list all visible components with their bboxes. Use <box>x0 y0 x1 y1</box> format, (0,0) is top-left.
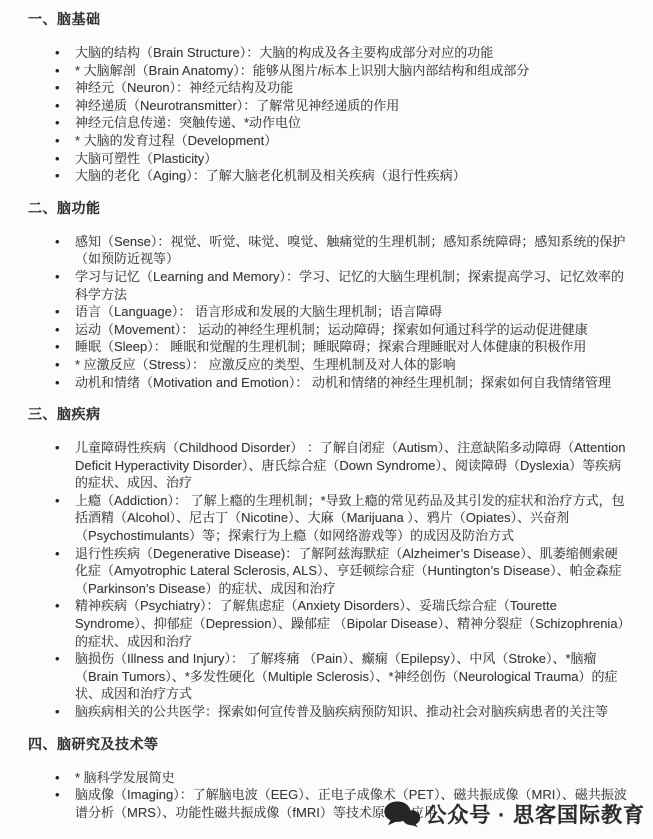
list-item: 学习与记忆（Learning and Memory）：学习、记忆的大脑生理机制；… <box>75 268 627 303</box>
document-page: 一、脑基础 大脑的结构（Brain Structure）：大脑的构成及各主要构成… <box>0 0 653 821</box>
list-item: 大脑可塑性（Plasticity） <box>75 150 627 168</box>
list-item: 睡眠（Sleep）： 睡眠和觉醒的生理机制；睡眠障碍；探索合理睡眠对人体健康的积… <box>75 338 627 356</box>
watermark: 公众号 · 思客国际教育 <box>383 799 645 829</box>
list-item: 神经递质（Neurotransmitter）：了解常见神经递质的作用 <box>75 97 627 115</box>
section-heading: 二、脑功能 <box>28 199 627 217</box>
section-brain-basics: 一、脑基础 大脑的结构（Brain Structure）：大脑的构成及各主要构成… <box>28 10 627 185</box>
list-item: 大脑的老化（Aging）：了解大脑老化机制及相关疾病（退行性疾病） <box>75 167 627 185</box>
list-item: 上瘾（Addiction）： 了解上瘾的生理机制；*导致上瘾的常见药品及其引发的… <box>75 492 627 545</box>
bullet-list: 感知（Sense）：视觉、听觉、味觉、嗅觉、触痛觉的生理机制；感知系统障碍；感知… <box>28 233 627 391</box>
list-item: 脑疾病相关的公共医学：探索如何宣传普及脑疾病预防知识、推动社会对脑疾病患者的关注… <box>75 703 627 721</box>
list-item: 脑损伤（Illness and Injury）： 了解疼痛 （Pain）、癫痫（… <box>75 650 627 703</box>
list-item: * 脑科学发展简史 <box>75 769 627 787</box>
list-item: 语言（Language）： 语言形成和发展的大脑生理机制；语言障碍 <box>75 303 627 321</box>
section-brain-diseases: 三、脑疾病 儿童障碍性疾病（Childhood Disorder） ：了解自闭症… <box>28 405 627 721</box>
list-item: 儿童障碍性疾病（Childhood Disorder） ：了解自闭症（Autis… <box>75 439 627 492</box>
list-item: 运动（Movement）： 运动的神经生理机制；运动障碍；探索如何通过科学的运动… <box>75 321 627 339</box>
list-item: 大脑的结构（Brain Structure）：大脑的构成及各主要构成部分对应的功… <box>75 44 627 62</box>
list-item: * 大脑的发育过程（Development） <box>75 132 627 150</box>
wechat-bubbles-icon <box>383 800 421 828</box>
section-heading: 一、脑基础 <box>28 10 627 28</box>
list-item: 退行性疾病（Degenerative Disease)：了解阿兹海默症（Alzh… <box>75 545 627 598</box>
list-item: 精神疾病（Psychiatry）：了解焦虑症（Anxiety Disorders… <box>75 597 627 650</box>
list-item: 神经元信息传递：突触传递、*动作电位 <box>75 114 627 132</box>
bullet-list: 儿童障碍性疾病（Childhood Disorder） ：了解自闭症（Autis… <box>28 439 627 721</box>
list-item: * 应激反应（Stress）： 应激反应的类型、生理机制及对人体的影响 <box>75 356 627 374</box>
list-item: 感知（Sense）：视觉、听觉、味觉、嗅觉、触痛觉的生理机制；感知系统障碍；感知… <box>75 233 627 268</box>
section-heading: 三、脑疾病 <box>28 405 627 423</box>
section-brain-functions: 二、脑功能 感知（Sense）：视觉、听觉、味觉、嗅觉、触痛觉的生理机制；感知系… <box>28 199 627 391</box>
list-item: * 大脑解剖（Brain Anatomy）：能够从图片/标本上识别大脑内部结构和… <box>75 62 627 80</box>
list-item: 动机和情绪（Motivation and Emotion）： 动机和情绪的神经生… <box>75 374 627 392</box>
list-item: 神经元（Neuron）：神经元结构及功能 <box>75 79 627 97</box>
section-heading: 四、脑研究及技术等 <box>28 735 627 753</box>
watermark-text: 公众号 · 思客国际教育 <box>425 799 645 829</box>
bullet-list: 大脑的结构（Brain Structure）：大脑的构成及各主要构成部分对应的功… <box>28 44 627 185</box>
